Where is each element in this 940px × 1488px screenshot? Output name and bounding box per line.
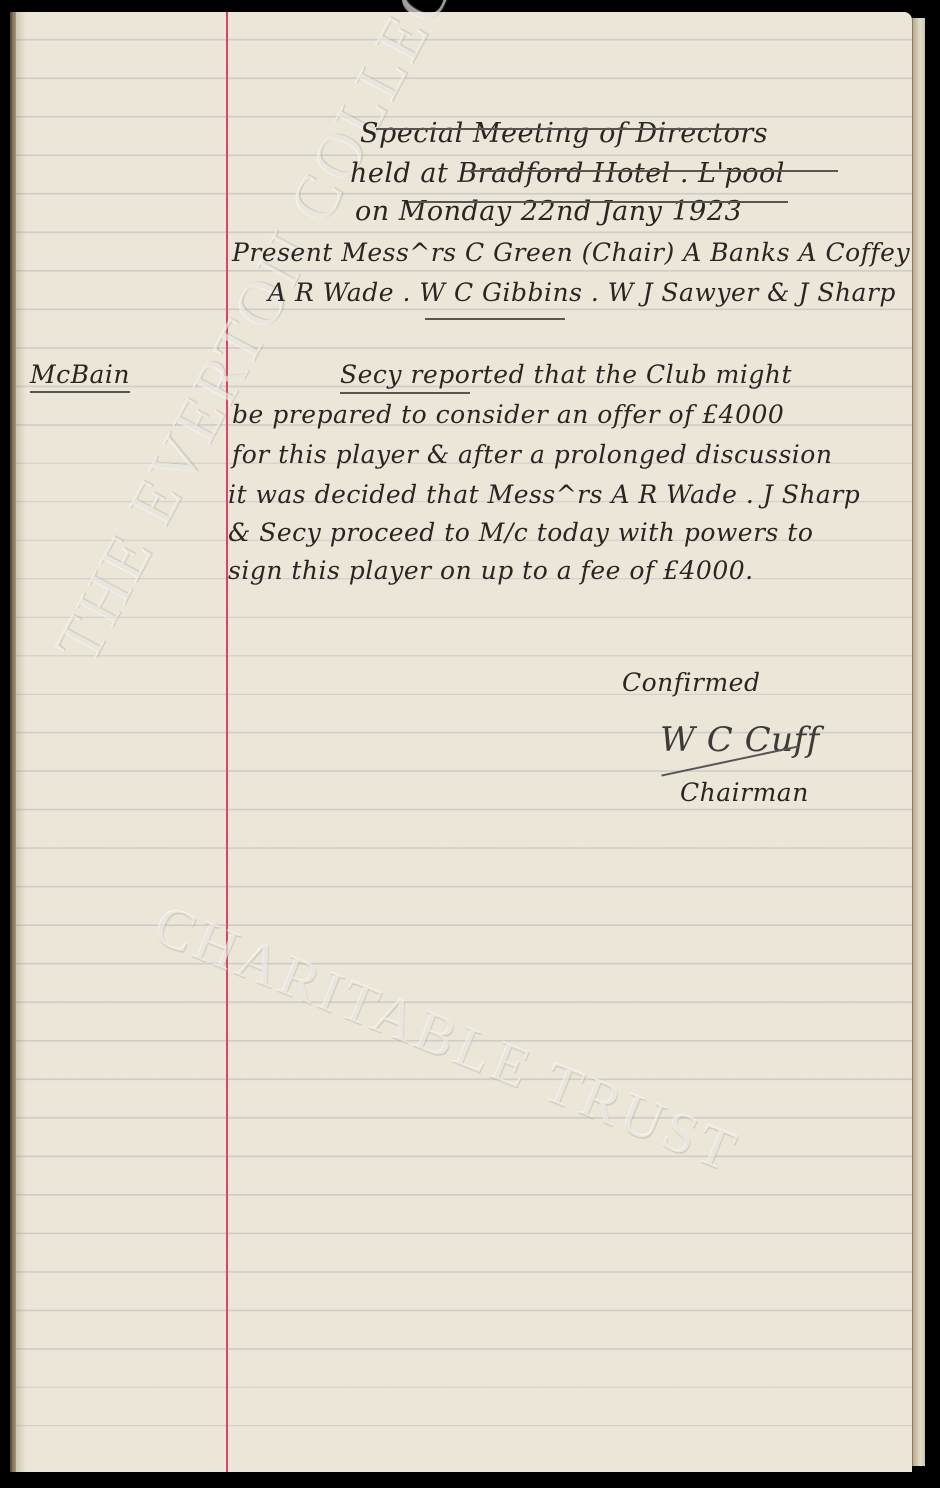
minute-line-3: for this player & after a prolonged disc… [232, 440, 832, 469]
title-underline-3 [408, 201, 788, 203]
minute-line-5: & Secy proceed to M/c today with powers … [228, 518, 813, 547]
page-stack-edge [912, 18, 925, 1466]
minute-line-1: Secy reported that the Club might [340, 360, 792, 389]
title-underline-2 [468, 170, 838, 172]
title-underline-1 [376, 128, 746, 130]
title-line-2: held at Bradford Hotel . L'pool [350, 158, 785, 189]
present-line-2: A R Wade . W C Gibbins . W J Sawyer & J … [268, 278, 896, 307]
minute-line-4: it was decided that Mess^rs A R Wade . J… [228, 480, 860, 509]
title-line-1: Special Meeting of Directors [360, 118, 768, 149]
chairman-role: Chairman [680, 778, 809, 807]
gibbins-underline [425, 318, 565, 320]
chairman-signature: W C Cuff [660, 720, 820, 760]
minute-line-2: be prepared to consider an offer of £400… [232, 400, 784, 429]
present-line-1: Present Mess^rs C Green (Chair) A Banks … [232, 238, 910, 267]
secy-underline [340, 392, 470, 394]
margin-heading: McBain [30, 360, 130, 389]
minute-line-6: sign this player on up to a fee of £4000… [228, 556, 754, 585]
margin-rule [226, 12, 228, 1472]
confirmed-label: Confirmed [622, 668, 760, 697]
